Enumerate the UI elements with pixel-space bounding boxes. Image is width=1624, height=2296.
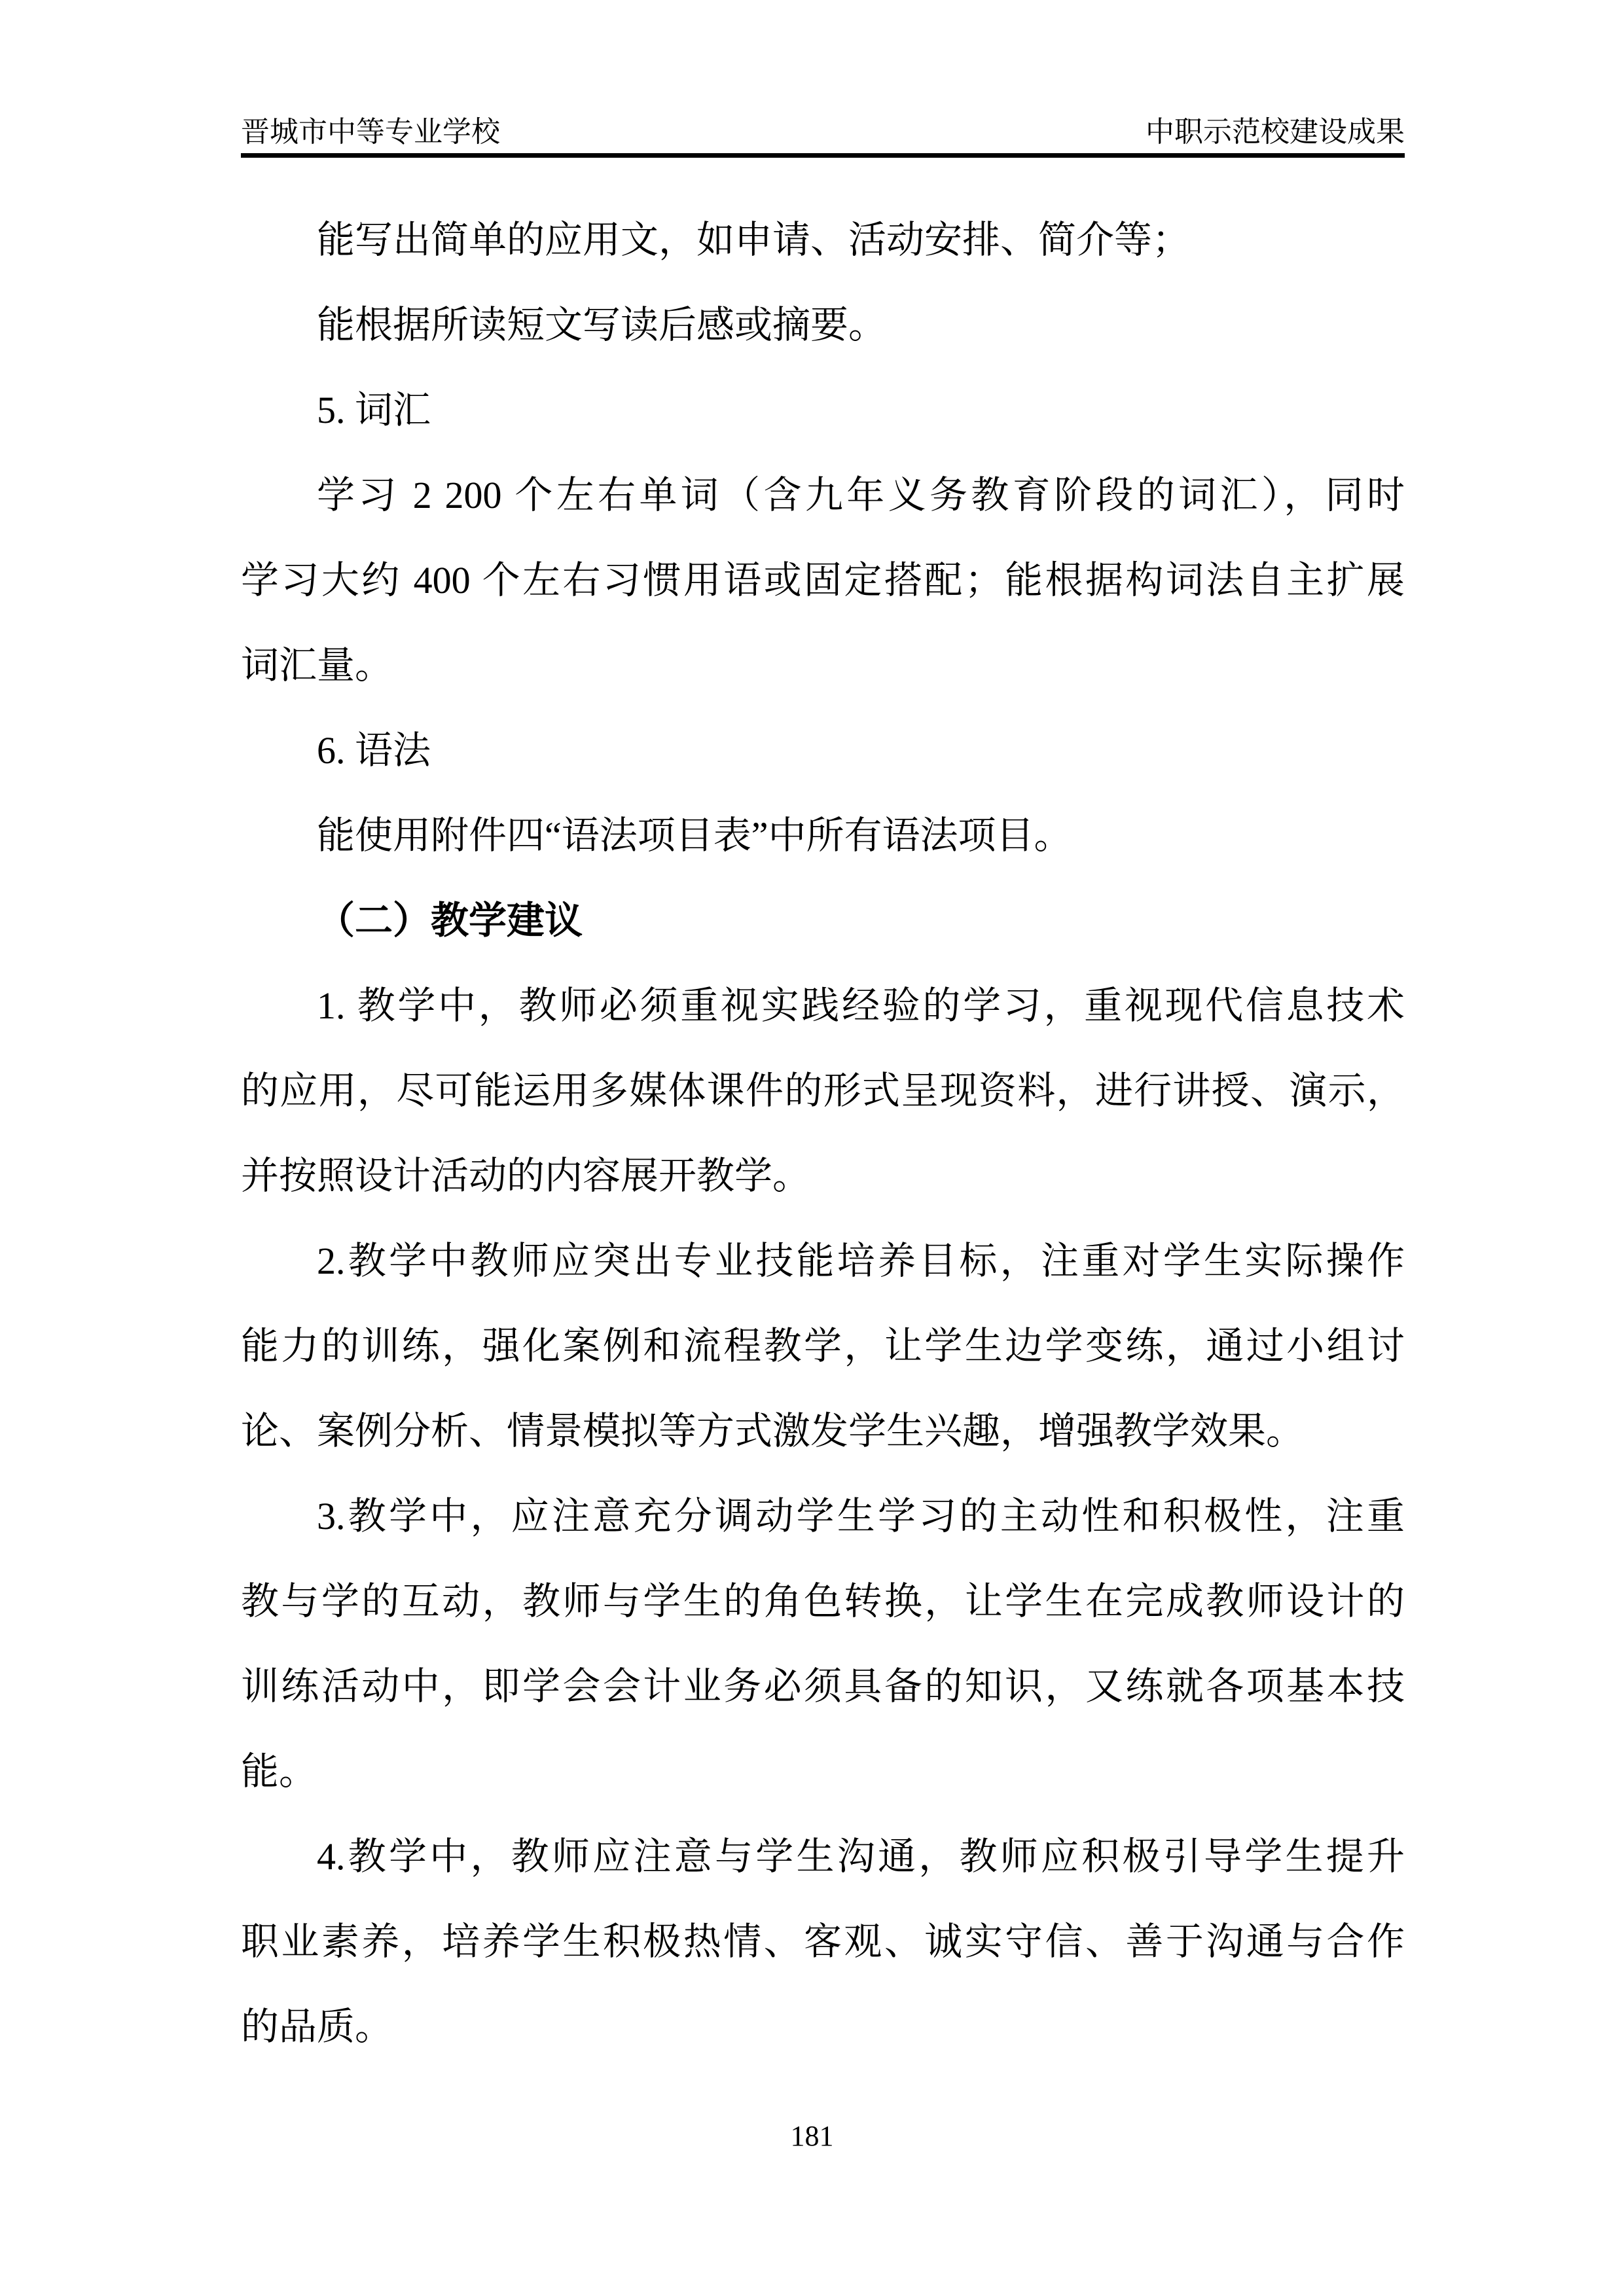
body-line: 的品质。	[241, 1984, 1405, 2070]
body-line: 1. 教学中，教师必须重视实践经验的学习，重视现代信息技术	[241, 963, 1405, 1049]
body-line-numbered-item: 5. 词汇	[241, 368, 1405, 453]
section-heading: （二）教学建议	[241, 878, 1405, 963]
document-body: 能写出简单的应用文，如申请、活动安排、简介等； 能根据所读短文写读后感或摘要。 …	[241, 198, 1405, 2070]
body-line: 并按照设计活动的内容展开教学。	[241, 1134, 1405, 1219]
body-line: 4.教学中，教师应注意与学生沟通，教师应积极引导学生提升	[241, 1814, 1405, 1899]
body-line: 2.教学中教师应突出专业技能培养目标，注重对学生实际操作	[241, 1219, 1405, 1304]
body-line: 论、案例分析、情景模拟等方式激发学生兴趣，增强教学效果。	[241, 1389, 1405, 1474]
body-line: 词汇量。	[241, 623, 1405, 708]
body-line: 教与学的互动，教师与学生的角色转换，让学生在完成教师设计的	[241, 1559, 1405, 1644]
body-line: 职业素养，培养学生积极热情、客观、诚实守信、善于沟通与合作	[241, 1899, 1405, 1984]
body-line: 能力的训练，强化案例和流程教学，让学生边学变练，通过小组讨	[241, 1304, 1405, 1389]
body-line: 学习大约 400 个左右习惯用语或固定搭配；能根据构词法自主扩展	[241, 538, 1405, 623]
page-footer: 181	[0, 2119, 1624, 2153]
body-line: 能根据所读短文写读后感或摘要。	[241, 283, 1405, 368]
body-line: 学习 2 200 个左右单词（含九年义务教育阶段的词汇），同时	[241, 453, 1405, 538]
page-number: 181	[791, 2120, 834, 2152]
header-right-text: 中职示范校建设成果	[1146, 115, 1405, 149]
document-page: 晋城市中等专业学校 中职示范校建设成果 能写出简单的应用文，如申请、活动安排、简…	[0, 0, 1624, 2296]
body-line: 训练活动中，即学会会计业务必须具备的知识，又练就各项基本技	[241, 1644, 1405, 1729]
header-left-text: 晋城市中等专业学校	[241, 115, 500, 149]
body-line: 能使用附件四“语法项目表”中所有语法项目。	[241, 793, 1405, 878]
body-line: 的应用，尽可能运用多媒体课件的形式呈现资料，进行讲授、演示，	[241, 1049, 1405, 1134]
body-line-numbered-item: 6. 语法	[241, 708, 1405, 793]
body-line: 能写出简单的应用文，如申请、活动安排、简介等；	[241, 198, 1405, 283]
body-line: 能。	[241, 1729, 1405, 1814]
page-header: 晋城市中等专业学校 中职示范校建设成果	[241, 115, 1405, 158]
body-line: 3.教学中，应注意充分调动学生学习的主动性和积极性，注重	[241, 1474, 1405, 1559]
